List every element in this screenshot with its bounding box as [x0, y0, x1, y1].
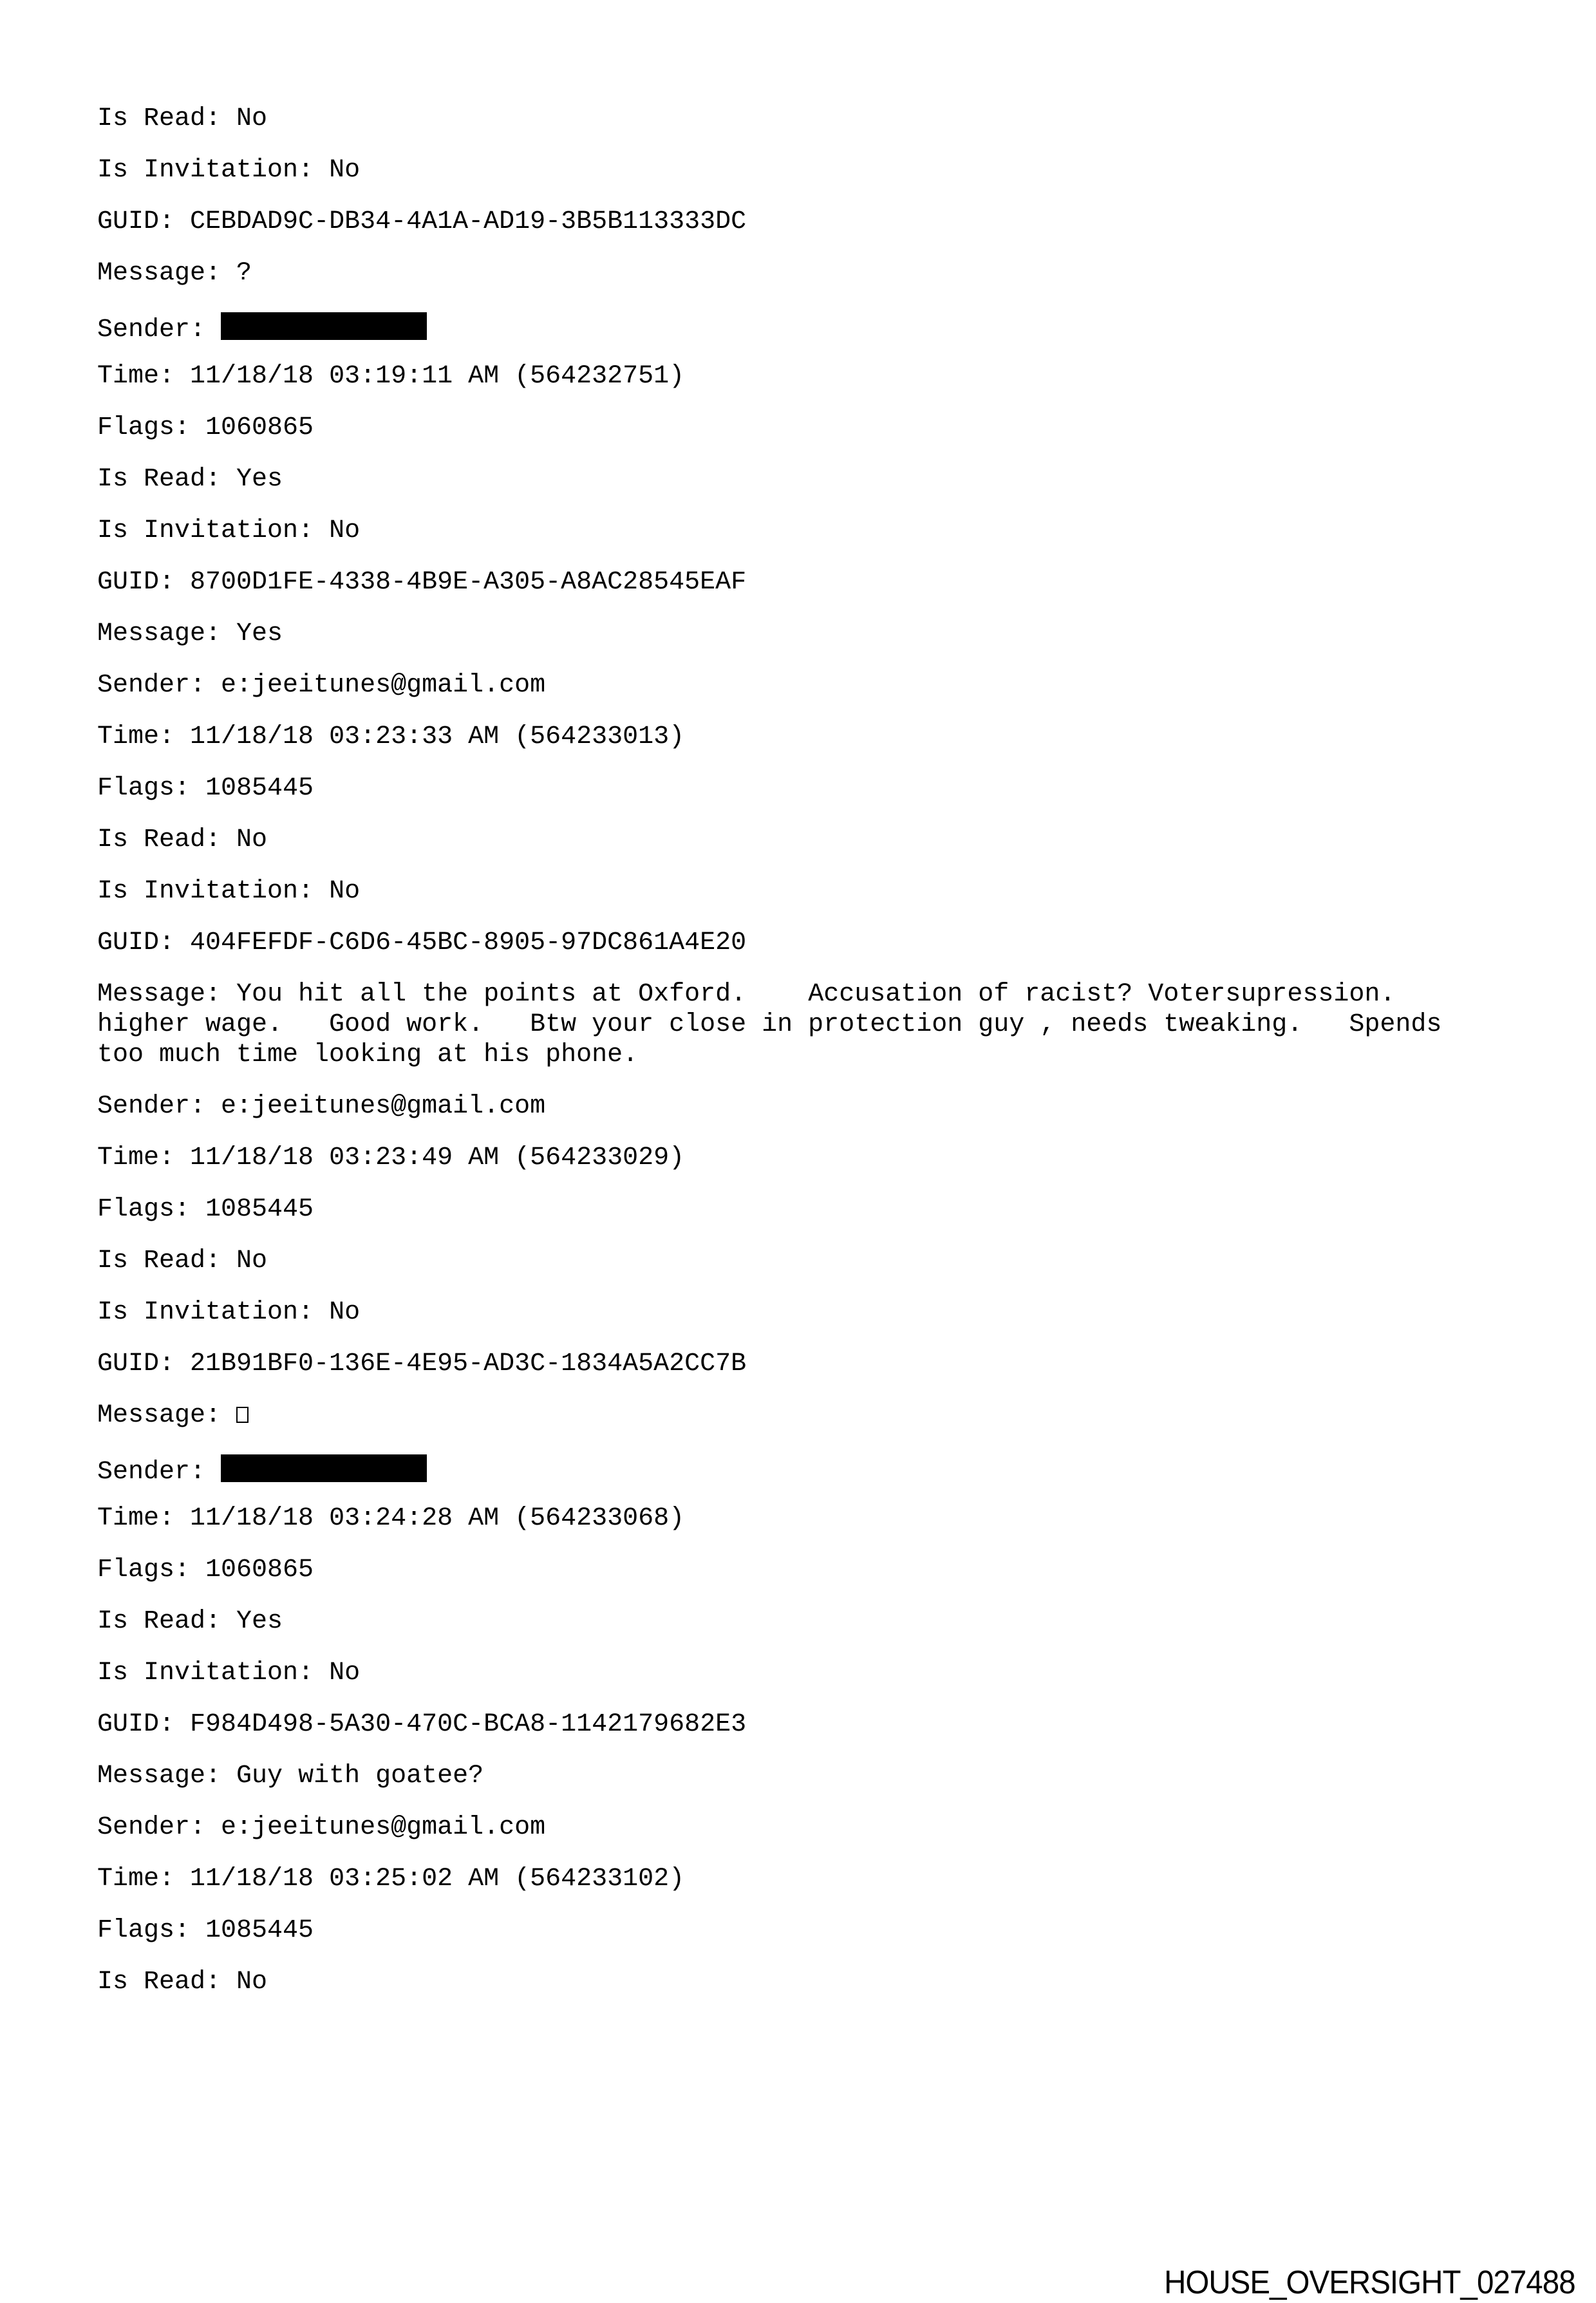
is-read-value: Yes	[236, 465, 283, 494]
sender-field: Sender:	[97, 1454, 1539, 1506]
time-label: Time:	[97, 1865, 190, 1894]
guid-label: GUID:	[97, 568, 190, 597]
time-value: 11/18/18 03:23:49 AM (564233029)	[190, 1143, 684, 1172]
is-read-value: No	[236, 104, 267, 133]
guid-value: 21B91BF0-136E-4E95-AD3C-1834A5A2CC7B	[190, 1349, 746, 1378]
flags-value: 1085445	[205, 774, 314, 803]
is-invitation-label: Is Invitation:	[97, 877, 329, 906]
message-label: Message:	[97, 259, 236, 288]
guid-value: CEBDAD9C-DB34-4A1A-AD19-3B5B113333DC	[190, 207, 746, 236]
guid-value: 404FEFDF-C6D6-45BC-8905-97DC861A4E20	[190, 928, 746, 957]
time-field: Time: 11/18/18 03:19:11 AM (564232751)	[97, 364, 1539, 415]
is-read-label: Is Read:	[97, 104, 236, 133]
sender-value: e:jeeitunes@gmail.com	[221, 1092, 545, 1121]
guid-value: F984D498-5A30-470C-BCA8-1142179682E3	[190, 1710, 746, 1739]
guid-label: GUID:	[97, 1349, 190, 1378]
time-field: Time: 11/18/18 03:23:33 AM (564233013)	[97, 724, 1539, 776]
flags-value: 1085445	[205, 1195, 314, 1224]
message-record: Sender: Time: 11/18/18 03:24:28 AM (5642…	[97, 1454, 1539, 1791]
flags-field: Flags: 1060865	[97, 415, 1539, 467]
message-value: Guy with goatee?	[236, 1762, 483, 1791]
is-read-label: Is Read:	[97, 1968, 236, 1997]
is-read-label: Is Read:	[97, 825, 236, 854]
is-invitation-value: No	[329, 1298, 360, 1327]
redaction-box	[221, 312, 427, 340]
time-label: Time:	[97, 722, 190, 751]
time-value: 11/18/18 03:19:11 AM (564232751)	[190, 362, 684, 391]
flags-label: Flags:	[97, 1195, 205, 1224]
message-field: Message: Yes	[97, 619, 1539, 649]
message-value: You hit all the points at Oxford. Accusa…	[97, 980, 1441, 1069]
sender-value: e:jeeitunes@gmail.com	[221, 671, 545, 700]
sender-label: Sender:	[97, 315, 221, 344]
is-invitation-label: Is Invitation:	[97, 156, 329, 185]
is-read-field: Is Read: Yes	[97, 1609, 1539, 1660]
time-field: Time: 11/18/18 03:25:02 AM (564233102)	[97, 1866, 1539, 1918]
time-label: Time:	[97, 1143, 190, 1172]
guid-field: GUID: CEBDAD9C-DB34-4A1A-AD19-3B5B113333…	[97, 209, 1539, 261]
guid-label: GUID:	[97, 1710, 190, 1739]
message-label: Message:	[97, 1762, 236, 1791]
message-record: Is Read: No Is Invitation: No GUID: CEBD…	[97, 106, 1539, 288]
is-read-field: Is Read: No	[97, 106, 1539, 158]
is-invitation-field: Is Invitation: No	[97, 879, 1539, 930]
message-record: Sender: e:jeeitunes@gmail.com Time: 11/1…	[97, 1094, 1539, 1431]
time-field: Time: 11/18/18 03:24:28 AM (564233068)	[97, 1506, 1539, 1557]
time-value: 11/18/18 03:24:28 AM (564233068)	[190, 1504, 684, 1533]
sender-field: Sender: e:jeeitunes@gmail.com	[97, 1094, 1539, 1145]
is-read-value: No	[236, 825, 267, 854]
flags-label: Flags:	[97, 413, 205, 442]
flags-field: Flags: 1085445	[97, 776, 1539, 827]
is-read-field: Is Read: No	[97, 1969, 1539, 2021]
is-read-value: No	[236, 1246, 267, 1275]
sender-value: e:jeeitunes@gmail.com	[221, 1813, 545, 1842]
flags-label: Flags:	[97, 1556, 205, 1584]
guid-field: GUID: 21B91BF0-136E-4E95-AD3C-1834A5A2CC…	[97, 1351, 1539, 1403]
message-field: Message: Guy with goatee?	[97, 1761, 1539, 1791]
unrenderable-glyph-icon	[236, 1407, 249, 1423]
flags-value: 1085445	[205, 1916, 314, 1945]
flags-field: Flags: 1085445	[97, 1918, 1539, 1969]
sender-field: Sender: e:jeeitunes@gmail.com	[97, 673, 1539, 724]
message-record: Sender: Time: 11/18/18 03:19:11 AM (5642…	[97, 312, 1539, 649]
bates-number: HOUSE_OVERSIGHT_027488	[1164, 2263, 1575, 2301]
time-label: Time:	[97, 362, 190, 391]
message-label: Message:	[97, 1401, 236, 1430]
sender-label: Sender:	[97, 1458, 221, 1487]
message-record: Sender: e:jeeitunes@gmail.com Time: 11/1…	[97, 1815, 1539, 2021]
message-field: Message: You hit all the points at Oxfor…	[97, 979, 1539, 1070]
is-invitation-field: Is Invitation: No	[97, 1300, 1539, 1351]
sender-label: Sender:	[97, 1813, 221, 1842]
is-read-field: Is Read: Yes	[97, 467, 1539, 518]
sender-field: Sender: e:jeeitunes@gmail.com	[97, 1815, 1539, 1866]
sender-label: Sender:	[97, 671, 221, 700]
is-invitation-value: No	[329, 516, 360, 545]
is-invitation-field: Is Invitation: No	[97, 158, 1539, 209]
message-label: Message:	[97, 980, 236, 1009]
guid-label: GUID:	[97, 928, 190, 957]
guid-field: GUID: 8700D1FE-4338-4B9E-A305-A8AC28545E…	[97, 570, 1539, 621]
is-invitation-value: No	[329, 877, 360, 906]
flags-value: 1060865	[205, 413, 314, 442]
time-value: 11/18/18 03:23:33 AM (564233013)	[190, 722, 684, 751]
sender-label: Sender:	[97, 1092, 221, 1121]
is-read-field: Is Read: No	[97, 827, 1539, 879]
guid-field: GUID: F984D498-5A30-470C-BCA8-1142179682…	[97, 1712, 1539, 1763]
sender-field: Sender:	[97, 312, 1539, 364]
message-field: Message:	[97, 1400, 1539, 1431]
message-label: Message:	[97, 619, 236, 648]
is-invitation-label: Is Invitation:	[97, 1659, 329, 1687]
flags-field: Flags: 1060865	[97, 1557, 1539, 1609]
guid-field: GUID: 404FEFDF-C6D6-45BC-8905-97DC861A4E…	[97, 930, 1539, 982]
is-read-label: Is Read:	[97, 465, 236, 494]
message-value: Yes	[236, 619, 283, 648]
is-read-value: No	[236, 1968, 267, 1997]
redaction-box	[221, 1454, 427, 1482]
message-value: ?	[236, 259, 252, 288]
flags-label: Flags:	[97, 1916, 205, 1945]
is-read-label: Is Read:	[97, 1246, 236, 1275]
guid-value: 8700D1FE-4338-4B9E-A305-A8AC28545EAF	[190, 568, 746, 597]
is-invitation-value: No	[329, 1659, 360, 1687]
is-invitation-label: Is Invitation:	[97, 516, 329, 545]
is-invitation-value: No	[329, 156, 360, 185]
flags-field: Flags: 1085445	[97, 1197, 1539, 1248]
is-read-value: Yes	[236, 1607, 283, 1636]
flags-value: 1060865	[205, 1556, 314, 1584]
time-label: Time:	[97, 1504, 190, 1533]
flags-label: Flags:	[97, 774, 205, 803]
is-invitation-field: Is Invitation: No	[97, 518, 1539, 570]
message-log-page: Is Read: No Is Invitation: No GUID: CEBD…	[97, 106, 1539, 2044]
is-invitation-field: Is Invitation: No	[97, 1660, 1539, 1712]
guid-label: GUID:	[97, 207, 190, 236]
time-field: Time: 11/18/18 03:23:49 AM (564233029)	[97, 1145, 1539, 1197]
message-field: Message: ?	[97, 258, 1539, 288]
time-value: 11/18/18 03:25:02 AM (564233102)	[190, 1865, 684, 1894]
is-read-field: Is Read: No	[97, 1248, 1539, 1300]
is-invitation-label: Is Invitation:	[97, 1298, 329, 1327]
message-record: Sender: e:jeeitunes@gmail.com Time: 11/1…	[97, 673, 1539, 1070]
is-read-label: Is Read:	[97, 1607, 236, 1636]
